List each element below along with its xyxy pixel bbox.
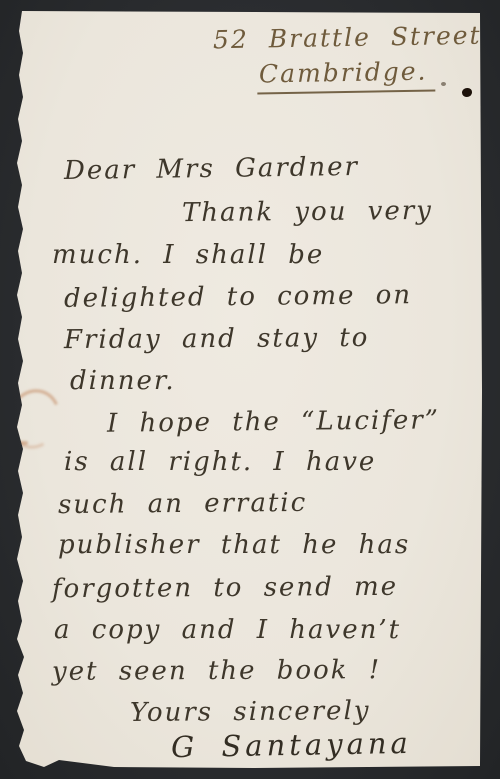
signature: G Santayana bbox=[171, 726, 412, 764]
rust-stain-ring-icon bbox=[0, 382, 68, 455]
body-line: a copy and I haven’t bbox=[54, 615, 401, 645]
address-city-underlined: Cambridge. bbox=[257, 56, 436, 94]
salutation: Dear Mrs Gardner bbox=[64, 152, 359, 186]
body-line: yet seen the book ! bbox=[52, 655, 381, 687]
body-line: Thank you very bbox=[182, 196, 433, 228]
body-line: publisher that he has bbox=[58, 530, 410, 560]
body-line: is all right. I have bbox=[64, 447, 376, 477]
rust-stain-mark-icon bbox=[12, 441, 28, 445]
closing: Yours sincerely bbox=[130, 696, 371, 728]
body-line: delighted to come on bbox=[64, 280, 412, 314]
body-line: much. I shall be bbox=[52, 240, 324, 270]
body-line: forgotten to send me bbox=[52, 572, 398, 604]
body-line: such an erratic bbox=[58, 488, 308, 520]
letter-paper: 52 Brattle Street Cambridge. Dear Mrs Ga… bbox=[14, 11, 483, 768]
address-line-2: Cambridge. bbox=[257, 56, 436, 88]
ink-speck-icon bbox=[441, 82, 446, 86]
address-line-1: 52 Brattle Street bbox=[213, 21, 482, 55]
ink-dot-icon bbox=[462, 88, 472, 97]
body-line: I hope the “Lucifer” bbox=[107, 405, 440, 438]
photo-background: 52 Brattle Street Cambridge. Dear Mrs Ga… bbox=[0, 0, 500, 779]
body-line: Friday and stay to bbox=[64, 323, 370, 355]
body-line: dinner. bbox=[70, 366, 176, 396]
